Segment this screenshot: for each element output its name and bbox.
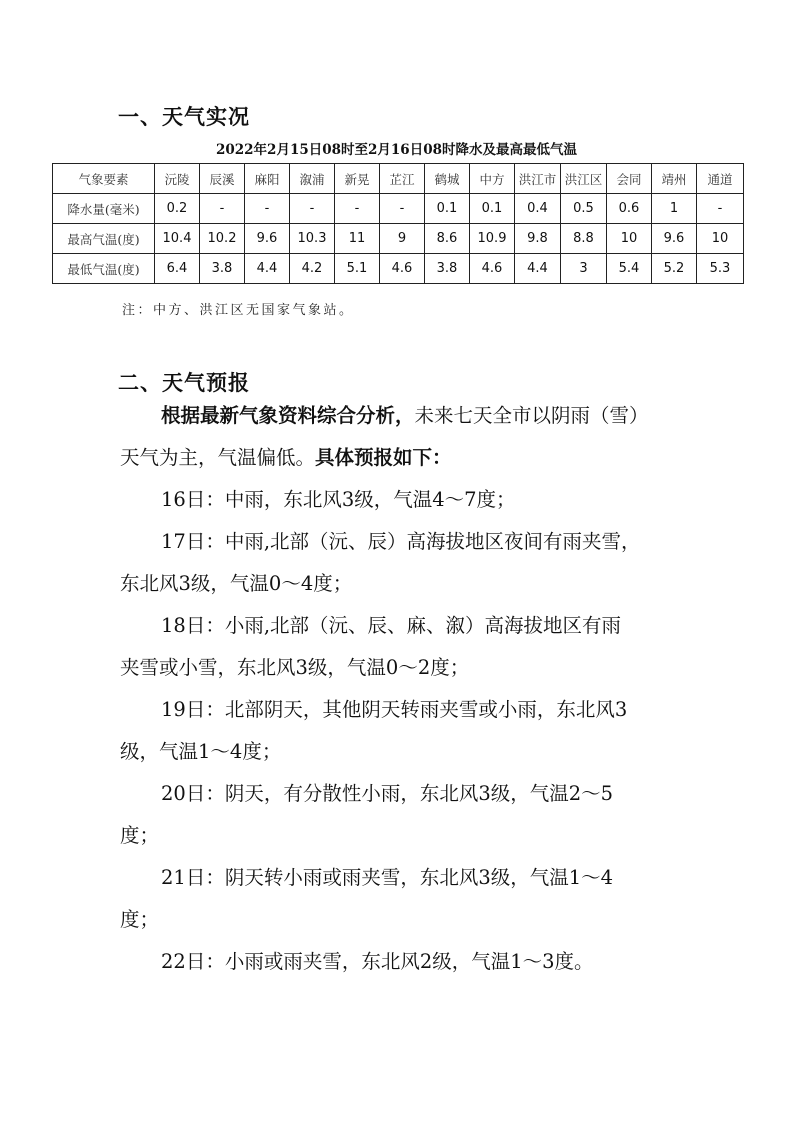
forecast-line-day19-cont: 级，气温1～4度；	[120, 738, 281, 766]
intro-bold-text: 具体预报如下：	[315, 446, 452, 469]
table-cell: 8.8	[561, 224, 607, 254]
row-label: 最高气温(度)	[53, 224, 155, 254]
table-cell: -	[380, 194, 425, 224]
table-cell: -	[697, 194, 744, 224]
table-cell: 0.1	[470, 194, 515, 224]
table-cell: 0.4	[515, 194, 561, 224]
table-row-precipitation: 降水量(毫米) 0.2 - - - - - 0.1 0.1 0.4 0.5 0.…	[53, 194, 744, 224]
table-cell: 10.9	[470, 224, 515, 254]
row-label: 降水量(毫米)	[53, 194, 155, 224]
forecast-line-day17: 17日：中雨,北部（沅、辰）高海拔地区夜间有雨夹雪，	[161, 528, 641, 556]
station-header: 通道	[697, 164, 744, 194]
forecast-intro-line-1: 根据最新气象资料综合分析，未来七天全市以阴雨（雪）	[161, 402, 649, 430]
header-cell: 气象要素	[53, 164, 155, 194]
station-header: 麻阳	[245, 164, 290, 194]
table-cell: 4.2	[290, 254, 335, 284]
table-cell: 10.4	[155, 224, 200, 254]
forecast-intro-line-2: 天气为主，气温偏低。具体预报如下：	[120, 444, 452, 472]
table-cell: 5.3	[697, 254, 744, 284]
table-cell: 4.4	[245, 254, 290, 284]
station-header: 新晃	[335, 164, 380, 194]
station-header: 鹤城	[425, 164, 470, 194]
table-cell: 3.8	[425, 254, 470, 284]
intro-text: 天气为主，气温偏低。	[120, 446, 315, 469]
station-header: 溆浦	[290, 164, 335, 194]
table-cell: 3.8	[200, 254, 245, 284]
table-cell: 0.5	[561, 194, 607, 224]
station-header: 芷江	[380, 164, 425, 194]
table-cell: 5.1	[335, 254, 380, 284]
forecast-line-day20-cont: 度；	[120, 822, 159, 850]
table-cell: 4.4	[515, 254, 561, 284]
table-cell: 9	[380, 224, 425, 254]
table-cell: -	[200, 194, 245, 224]
table-cell: 5.2	[652, 254, 697, 284]
table-cell: 0.2	[155, 194, 200, 224]
table-cell: 0.1	[425, 194, 470, 224]
table-cell: 4.6	[470, 254, 515, 284]
table-cell: -	[290, 194, 335, 224]
forecast-line-day22: 22日：小雨或雨夹雪，东北风2级，气温1～3度。	[161, 948, 594, 976]
table-cell: 1	[652, 194, 697, 224]
table-cell: 11	[335, 224, 380, 254]
forecast-line-day18: 18日：小雨,北部（沅、辰、麻、溆）高海拔地区有雨	[161, 612, 621, 640]
station-header: 沅陵	[155, 164, 200, 194]
table-cell: 10.2	[200, 224, 245, 254]
table-cell: -	[245, 194, 290, 224]
forecast-line-day18-cont: 夹雪或小雪，东北风3级，气温0～2度；	[120, 654, 469, 682]
station-header: 会同	[607, 164, 652, 194]
document-page: 一、天气实况 2022年2月15日08时至2月16日08时降水及最高最低气温 气…	[0, 0, 793, 1122]
table-cell: 0.6	[607, 194, 652, 224]
table-cell: 10.3	[290, 224, 335, 254]
table-header-row: 气象要素 沅陵 辰溪 麻阳 溆浦 新晃 芷江 鹤城 中方 洪江市 洪江区 会同 …	[53, 164, 744, 194]
station-header: 洪江市	[515, 164, 561, 194]
table-cell: -	[335, 194, 380, 224]
section-heading-weather-forecast: 二、天气预报	[118, 369, 250, 397]
forecast-line-day17-cont: 东北风3级，气温0～4度；	[120, 570, 352, 598]
table-row-max-temp: 最高气温(度) 10.4 10.2 9.6 10.3 11 9 8.6 10.9…	[53, 224, 744, 254]
table-cell: 9.6	[245, 224, 290, 254]
station-header: 中方	[470, 164, 515, 194]
table-cell: 8.6	[425, 224, 470, 254]
station-header: 靖州	[652, 164, 697, 194]
table-note: 注：中方、洪江区无国家气象站。	[122, 299, 355, 318]
intro-bold-text: 根据最新气象资料综合分析，	[161, 404, 415, 427]
station-header: 洪江区	[561, 164, 607, 194]
intro-text: 未来七天全市以阴雨（雪）	[415, 404, 649, 427]
station-header: 辰溪	[200, 164, 245, 194]
forecast-line-day20: 20日：阴天，有分散性小雨，东北风3级，气温2～5	[161, 780, 613, 808]
row-label: 最低气温(度)	[53, 254, 155, 284]
table-cell: 4.6	[380, 254, 425, 284]
table-row-min-temp: 最低气温(度) 6.4 3.8 4.4 4.2 5.1 4.6 3.8 4.6 …	[53, 254, 744, 284]
forecast-line-day19: 19日：北部阴天，其他阴天转雨夹雪或小雨，东北风3	[161, 696, 627, 724]
table-cell: 10	[697, 224, 744, 254]
section-heading-weather-observation: 一、天气实况	[118, 103, 250, 131]
weather-observation-table: 气象要素 沅陵 辰溪 麻阳 溆浦 新晃 芷江 鹤城 中方 洪江市 洪江区 会同 …	[52, 163, 744, 284]
forecast-line-day16: 16日：中雨，东北风3级，气温4～7度；	[161, 486, 516, 514]
table-cell: 9.8	[515, 224, 561, 254]
table-cell: 3	[561, 254, 607, 284]
table-cell: 5.4	[607, 254, 652, 284]
forecast-line-day21: 21日：阴天转小雨或雨夹雪，东北风3级，气温1～4	[161, 864, 613, 892]
forecast-line-day21-cont: 度；	[120, 906, 159, 934]
table-caption: 2022年2月15日08时至2月16日08时降水及最高最低气温	[0, 141, 793, 159]
table-cell: 9.6	[652, 224, 697, 254]
table-cell: 6.4	[155, 254, 200, 284]
table-cell: 10	[607, 224, 652, 254]
